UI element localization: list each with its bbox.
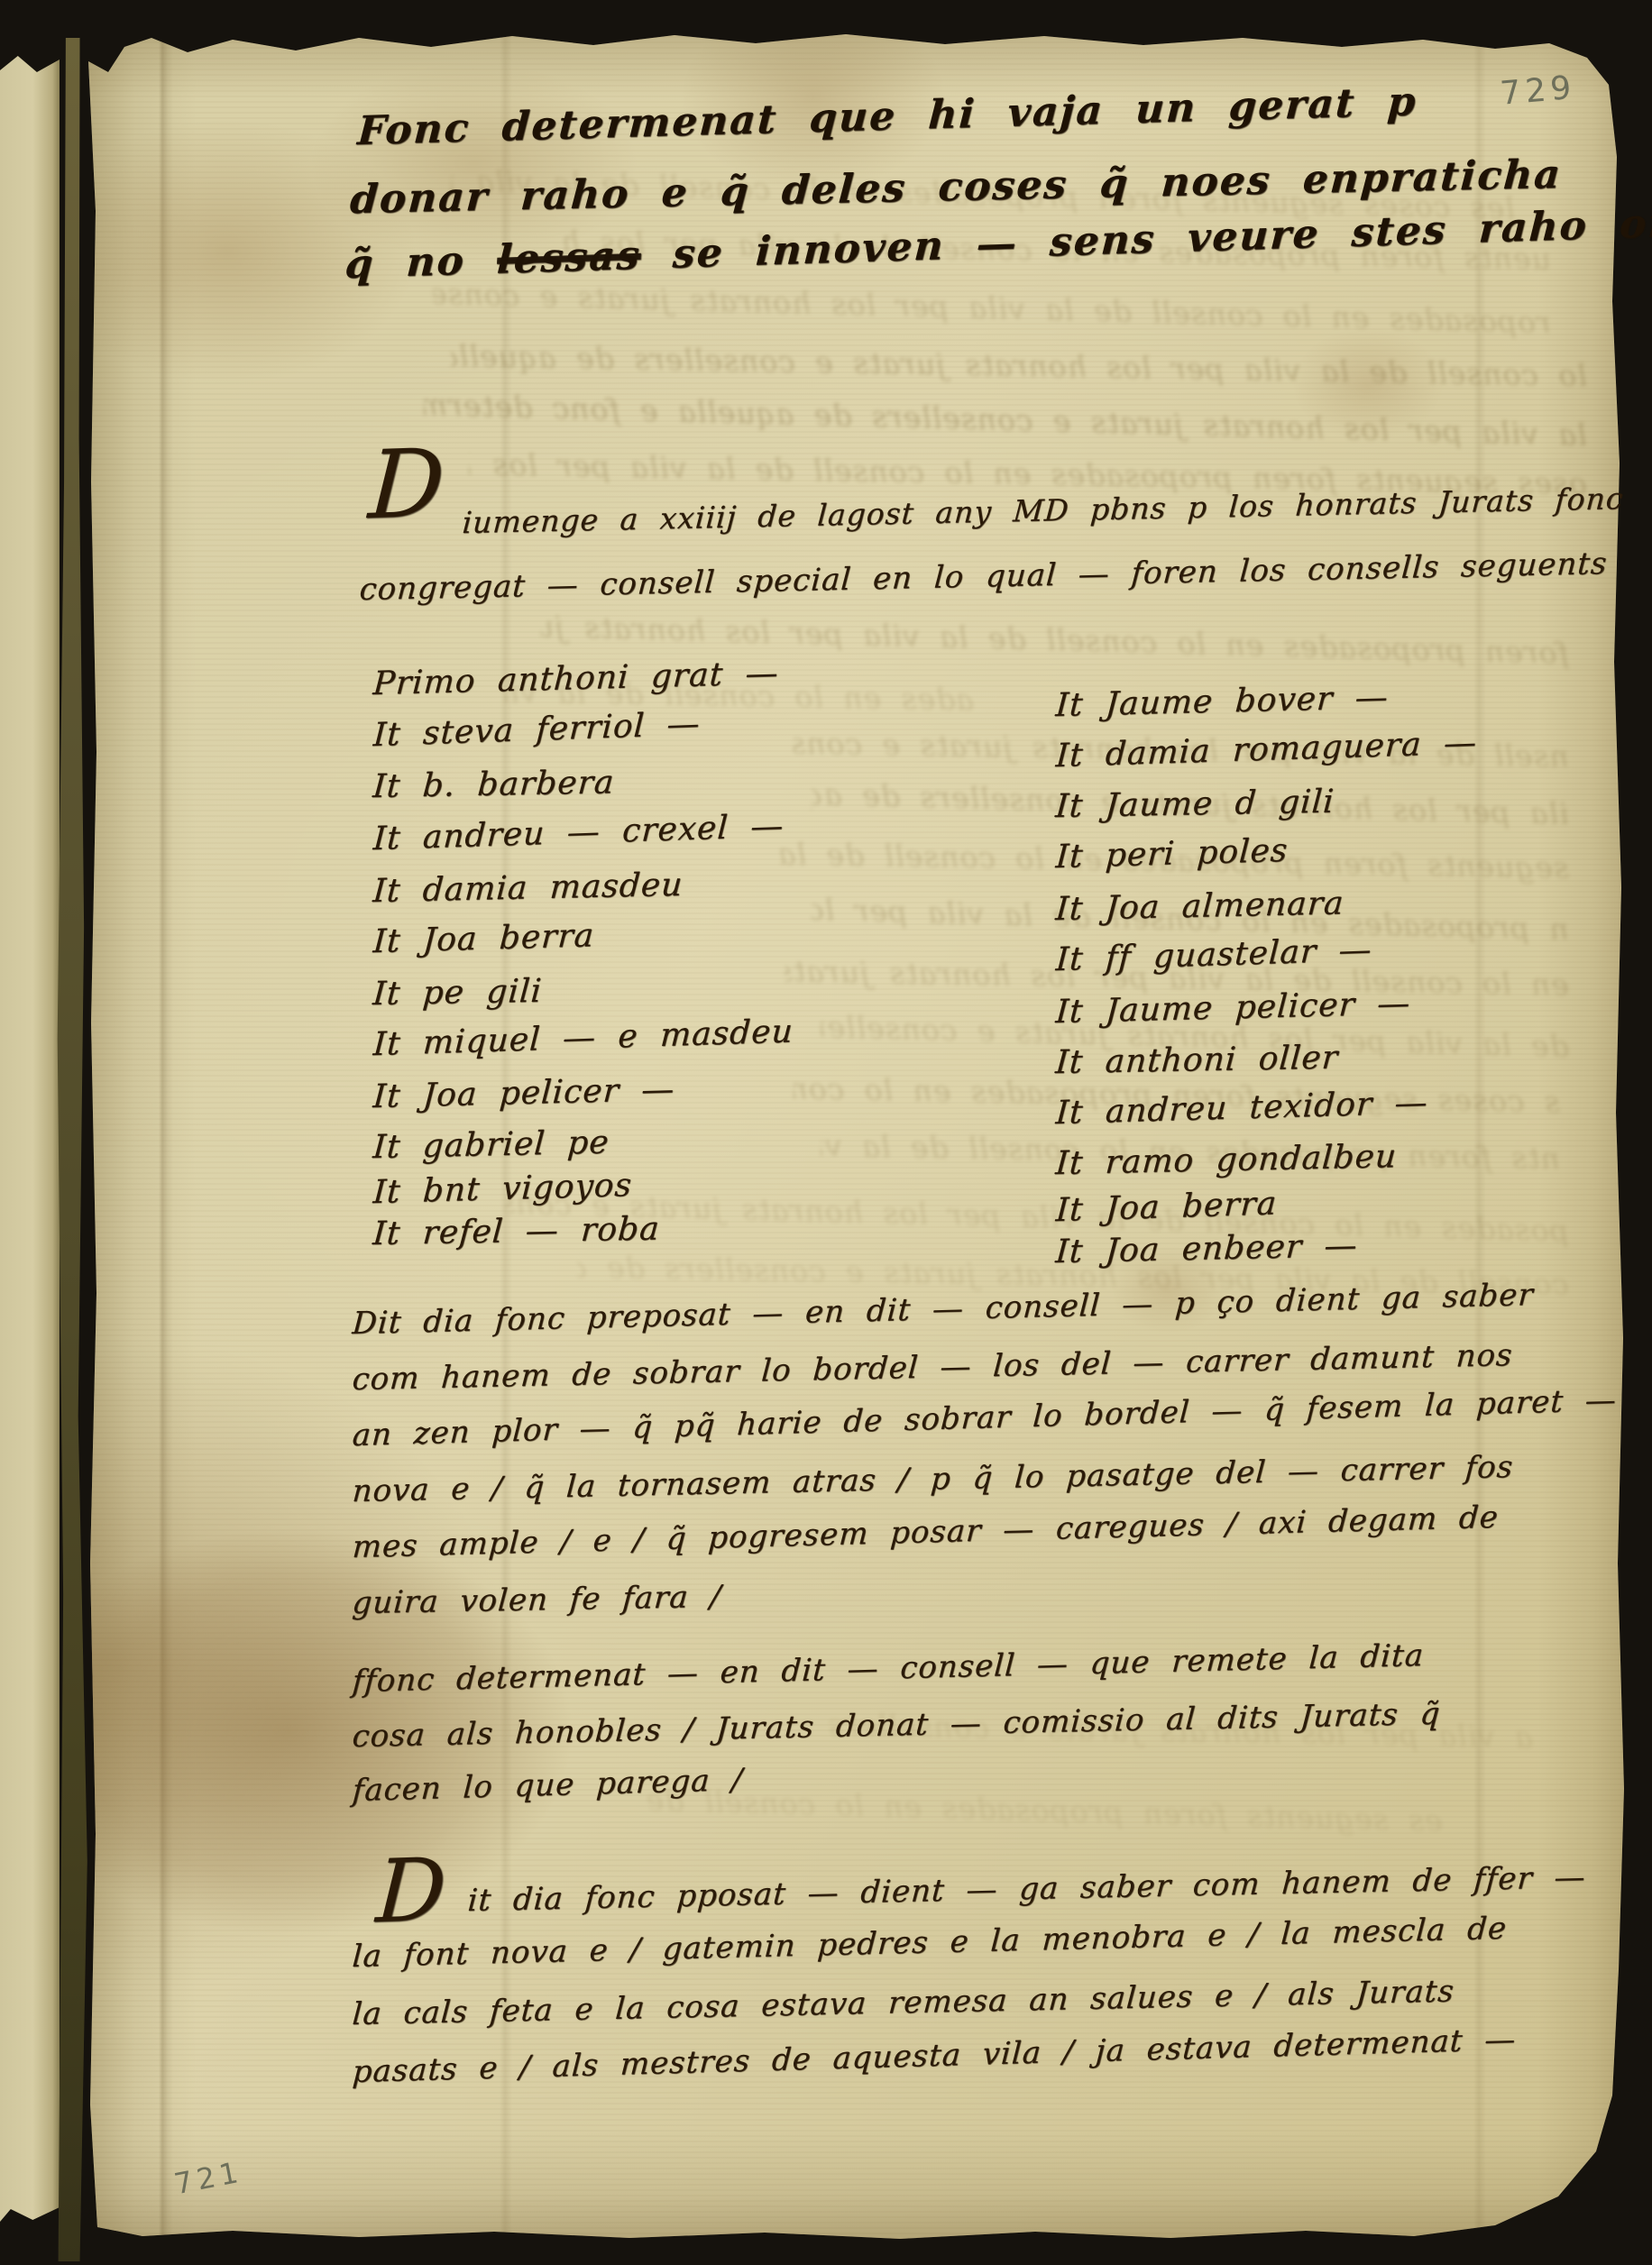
page-content: les coses seguents foren proposades en l… (0, 0, 1652, 2265)
attendee-left-10: It bnt vigoyos (372, 1167, 634, 1211)
session-initial: D (367, 436, 448, 532)
attendee-left-6: It pe gili (372, 973, 543, 1013)
attendee-right-3: It peri poles (1055, 832, 1289, 876)
attendee-left-7: It miquel — e masdeu (372, 1013, 794, 1063)
bleedthrough-line: roposades en lo consell de la vila per l… (433, 276, 1552, 340)
proposal-bordell-line-1: com hanem de sobrar lo bordel — los del … (351, 1337, 1513, 1398)
bleedthrough-line: es seguents foren proposades en lo conse… (631, 1782, 1444, 1839)
proposal-font-line-0: it dia fonc pposat — dient — ga saber co… (466, 1859, 1587, 1919)
attendee-left-2: It b. barbera (372, 764, 616, 805)
folio-number-bottom: 721 (171, 2154, 245, 2201)
attendee-left-4: It damia masdeu (372, 867, 684, 910)
proposal-font-initial: D (374, 1846, 449, 1935)
attendee-right-4: It Joa almenara (1054, 885, 1345, 928)
bleedthrough-line: posades en lo consell de la vila per los… (505, 1186, 1570, 1249)
bleedthrough-line: lo consell de la vila per los honrats ju… (451, 338, 1587, 393)
attendee-right-10: It Joa berra (1055, 1185, 1279, 1229)
proposal-bordell-line-4: mes ample / e / q̃ pogresem posar — care… (352, 1499, 1501, 1565)
bleedthrough-line: la vila per los honrats jurats e consell… (424, 387, 1588, 453)
proposal-font-line-1: la font nova e / gatemin pedres e la men… (351, 1911, 1508, 1975)
strikethrough-text: lessas (496, 233, 642, 283)
attendee-right-7: It anthoni oller (1054, 1040, 1339, 1082)
attendee-left-9: It gabriel pe (372, 1124, 610, 1167)
resolution-line-0: ffonc determenat — en dit — consell — qu… (351, 1637, 1425, 1700)
session-line-2: congregat — consell special en lo qual —… (358, 546, 1608, 608)
attendee-left-5: It Joa berra (372, 917, 596, 960)
proposal-bordell-line-5: guira volen fe fara / (351, 1579, 722, 1621)
attendee-left-8: It Joa pelicer — (372, 1071, 675, 1115)
attendee-right-11: It Joa enbeer — (1054, 1227, 1359, 1270)
heading-line-1: Fonc determenat que hi vaja un gerat p (356, 78, 1418, 154)
proposal-bordell-line-3: nova e / q̃ la tornasem atras / p q̃ lo … (351, 1449, 1514, 1509)
heading-line-3-pre: q̃ no (344, 237, 499, 288)
proposal-font-line-2: la cals feta e la cosa estava remesa an … (351, 1973, 1455, 2032)
attendee-right-0: It Jaume bover — (1054, 679, 1390, 724)
attendee-left-3: It andreu — crexel — (372, 808, 785, 857)
attendee-right-9: It ramo gondalbeu (1054, 1138, 1398, 1182)
attendee-left-11: It refel — roba (372, 1210, 661, 1252)
folio-number-top: 729 (1499, 69, 1577, 113)
proposal-font-line-3: pasats e / als mestres de aquesta vila /… (352, 2022, 1518, 2090)
attendee-left-1: It steva ferriol — (372, 705, 702, 754)
attendee-right-2: It Jaume d gili (1054, 784, 1335, 825)
manuscript-canvas: les coses seguents foren proposades en l… (0, 0, 1652, 2265)
